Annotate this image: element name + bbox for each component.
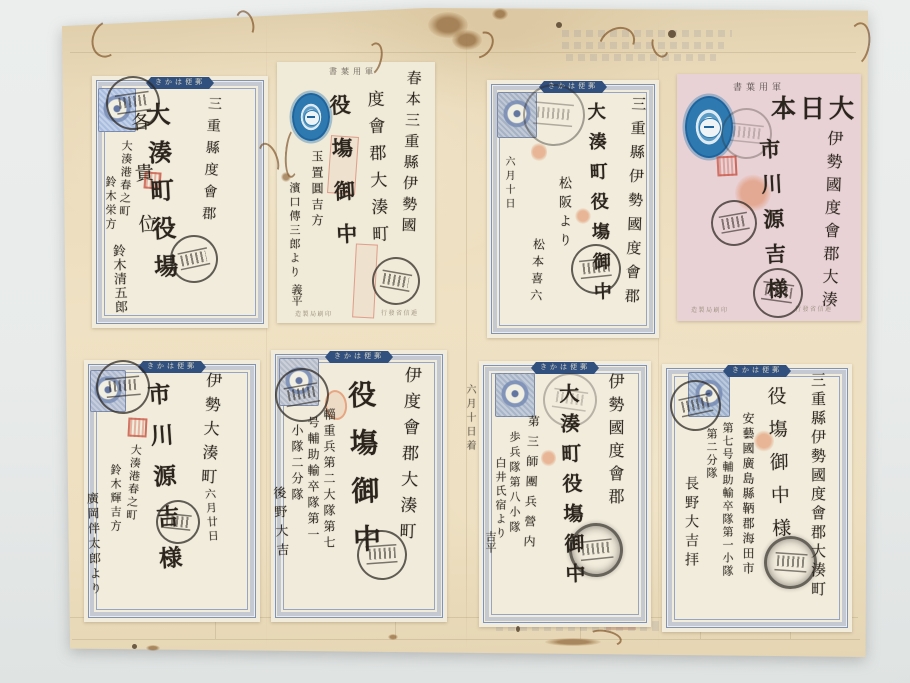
handwriting-column: 松阪より <box>557 176 570 252</box>
red-seal-icon <box>128 418 148 438</box>
handwriting-column: 伊勢大湊町 <box>199 372 221 493</box>
postcard-banner: きかは便郵 <box>146 77 214 89</box>
postmark-icon <box>569 242 624 297</box>
handwriting-column: 伊度會郡大湊町 <box>396 366 419 548</box>
handwriting-row: 本日大 <box>771 96 858 121</box>
handwriting-column: 大湊港春之町 <box>125 444 141 523</box>
military-stamp-icon <box>292 93 330 141</box>
handwriting-column: 第七号輔助輸卒隊第一小隊 <box>722 422 733 578</box>
handwriting-column: 度會郡大湊町 <box>364 90 387 252</box>
handwriting-column: 鈴木栄方 <box>105 176 116 232</box>
bleed-through-text <box>562 30 732 37</box>
handwriting-column: 吉平 <box>485 531 496 553</box>
postcard-banner: きかは便郵 <box>325 351 393 363</box>
handwriting-column: 輜重兵第二大隊第七 <box>323 408 335 552</box>
postcard-6: きかは便郵 伊度會郡大湊町 役塲御中 輜重兵第二大隊第七 号輔助輸卒隊第一 小隊… <box>271 350 447 622</box>
handwriting-column: 玉置圓吉方 <box>311 150 323 230</box>
handwriting-column: 濱口傳三郎より <box>289 182 300 280</box>
handwriting-column: 松本喜六 <box>529 238 545 307</box>
handwriting-column: 安藝國廣島縣鞆郡海田市 <box>742 412 754 577</box>
postcard-3: きかは便郵 三重縣伊勢國度會郡 大湊町役塲御中 松阪より 六月十日 松本喜六 <box>487 80 659 338</box>
handwriting-column: 第二分隊 <box>706 428 717 480</box>
form-grid-line <box>70 52 856 53</box>
handwriting-column: 長野大吉拝 <box>684 476 698 571</box>
handwriting-column: 伊勢國度會郡 <box>607 373 623 511</box>
postcard-7: きかは便郵 伊勢國度會郡 大湊町役塲御中 苐三師團兵營内 歩兵隊第八小隊 白井氏… <box>479 361 651 627</box>
handwriting-column: 白井氏宿より <box>495 457 506 541</box>
handwriting-column: 鈴木輝吉方 <box>110 464 121 534</box>
handwriting-column: 歩兵隊第八小隊 <box>509 431 520 536</box>
bleed-through-text <box>562 42 724 49</box>
handwriting-column: 三重縣伊勢國度會郡 <box>623 96 646 312</box>
fold-crease <box>466 12 467 654</box>
handwriting-column: 後野大吉 <box>271 486 288 563</box>
red-seal-icon <box>716 155 737 176</box>
vermilion-stamp-icon <box>531 142 547 162</box>
handwriting-column: 廣岡伴太郎より <box>86 492 102 597</box>
photo-of-postcard-album: きかは便郵 三重縣度會郡 大湊町役場 各貴位 大湊港春之町 鈴木栄方 鈴木清五郎… <box>0 0 910 683</box>
handwriting-column: 号輔助輸卒隊第一 <box>307 416 319 544</box>
handwriting-column: 義平 <box>291 284 302 306</box>
printed-header: 書葉用軍 <box>329 68 377 76</box>
postcard-banner: きかは便郵 <box>138 361 206 373</box>
handwriting-column: 小隊二分隊 <box>291 424 303 504</box>
handwriting-column: 春本三重縣伊勢國 <box>400 70 421 238</box>
handwriting-column: 苐三師團兵營内 <box>523 415 540 555</box>
printer-imprint: 造製局刷印 <box>295 312 333 318</box>
postcard-2: 書葉用軍 春本三重縣伊勢國 度會郡大湊町 役塲御中 玉置圓吉方 濱口傳三郎より … <box>277 62 435 323</box>
postmark-icon <box>540 370 601 431</box>
printed-header: 書葉用軍 <box>733 84 785 93</box>
printer-imprint: 行發省信逓 <box>381 311 419 317</box>
postcard-8: きかは便郵 三重縣伊勢國度會郡大湊町 役塲御中様 安藝國廣島縣鞆郡海田市 第七号… <box>662 364 852 632</box>
handwriting-column: 三重縣度會郡 <box>201 96 222 229</box>
postcard-5: きかは便郵 伊勢大湊町 六月廿日 市川源吉様 大湊港春之町 鈴木輝吉方 廣岡伴太… <box>84 360 260 622</box>
postage-stamp-icon <box>495 373 535 417</box>
postcard-1: きかは便郵 三重縣度會郡 大湊町役場 各貴位 大湊港春之町 鈴木栄方 鈴木清五郎 <box>92 76 268 328</box>
handwriting-column: 役塲御中様 <box>765 386 790 552</box>
handwriting-column: 六月廿日 <box>204 488 219 545</box>
handwriting-column: 大湊港春之町 <box>119 140 133 218</box>
handwriting-column: 伊勢國度會郡大湊 <box>820 130 842 314</box>
bleed-through-text <box>566 54 716 61</box>
printer-imprint: 造製局刷印 <box>691 308 729 314</box>
handwriting-column: 市川源吉様 <box>145 381 182 587</box>
postcard-4: 書葉用軍 本日大 伊勢國度會郡大湊 市川源吉様 造製局刷印 行發省信逓 <box>677 74 861 321</box>
handwriting-column: 鈴木清五郎 <box>111 244 126 314</box>
postcard-banner: きかは便郵 <box>723 365 791 377</box>
handwriting-column: 役塲御中 <box>329 94 359 267</box>
margin-annotation: 六月十日着 <box>464 384 474 454</box>
vermilion-stamp-icon <box>541 449 556 467</box>
handwriting-column: 六月十日 <box>503 156 513 212</box>
